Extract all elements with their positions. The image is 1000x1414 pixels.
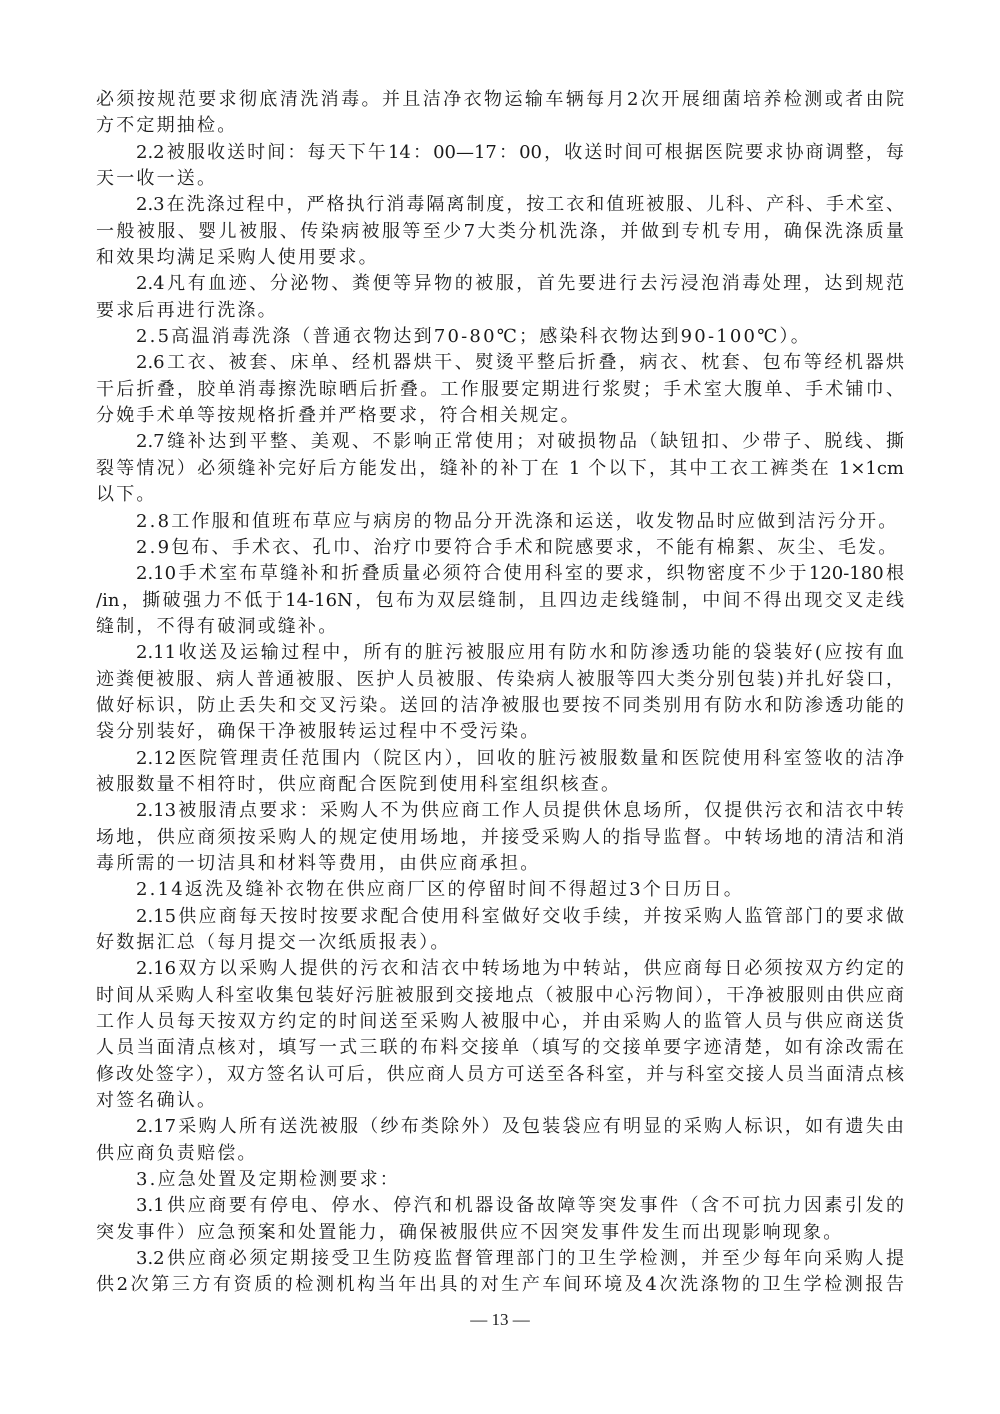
text-line: 必须按规范要求彻底清洗消毒。并且洁净衣物运输车辆每月2次开展细菌培养检测或者由院: [96, 87, 904, 113]
page-number: — 13 —: [0, 1310, 1000, 1330]
text-line: 迹粪便被服、病人普通被服、医护人员被服、传染病人被服等四大类分别包装)并扎好袋口…: [96, 667, 904, 693]
paragraph-start-line: 2.5高温消毒洗涤（普通衣物达到70-80℃；感染科衣物达到90-100℃）。: [96, 324, 904, 350]
text-line: 工作人员每天按双方约定的时间送至采购人被服中心，并由采购人的监管人员与供应商送货: [96, 1009, 904, 1035]
text-line: 裂等情况）必须缝补完好后方能发出，缝补的补丁在 1 个以下，其中工衣工裤类在 1…: [96, 456, 904, 482]
paragraph-start-line: 2.11收送及运输过程中，所有的脏污被服应用有防水和防渗透功能的袋装好(应按有血: [96, 640, 904, 666]
body-text: 必须按规范要求彻底清洗消毒。并且洁净衣物运输车辆每月2次开展细菌培养检测或者由院…: [96, 87, 904, 1299]
text-line: 修改处签字），双方签名认可后，供应商人员方可送至各科室，并与科室交接人员当面清点…: [96, 1062, 904, 1088]
text-line: 对签名确认。: [96, 1088, 904, 1114]
text-line: 袋分别装好，确保干净被服转运过程中不受污染。: [96, 719, 904, 745]
paragraph-start-line: 2.12医院管理责任范围内（院区内），回收的脏污被服数量和医院使用科室签收的洁净: [96, 746, 904, 772]
paragraph-start-line: 2.14返洗及缝补衣物在供应商厂区的停留时间不得超过3个日历日。: [96, 877, 904, 903]
paragraph-start-line: 2.6工衣、被套、床单、经机器烘干、熨烫平整后折叠，病衣、枕套、包布等经机器烘: [96, 350, 904, 376]
paragraph-start-line: 2.15供应商每天按时按要求配合使用科室做好交收手续，并按采购人监管部门的要求做: [96, 904, 904, 930]
text-line: 天一收一送。: [96, 166, 904, 192]
text-line: 做好标识，防止丢失和交叉污染。送回的洁净被服也要按不同类别用有防水和防渗透功能的: [96, 693, 904, 719]
paragraph-start-line: 2.16双方以采购人提供的污衣和洁衣中转场地为中转站，供应商每日必须按双方约定的: [96, 956, 904, 982]
text-line: 被服数量不相符时，供应商配合医院到使用科室组织核查。: [96, 772, 904, 798]
text-line: 好数据汇总（每月提交一次纸质报表）。: [96, 930, 904, 956]
paragraph-start-line: 2.3在洗涤过程中，严格执行消毒隔离制度，按工衣和值班被服、儿科、产科、手术室、: [96, 192, 904, 218]
paragraph-start-line: 2.7缝补达到平整、美观、不影响正常使用；对破损物品（缺钮扣、少带子、脱线、撕: [96, 429, 904, 455]
text-line: 和效果均满足采购人使用要求。: [96, 245, 904, 271]
paragraph-start-line: 2.17采购人所有送洗被服（纱布类除外）及包装袋应有明显的采购人标识，如有遗失由: [96, 1114, 904, 1140]
text-line: /in，撕破强力不低于14-16N，包布为双层缝制，且四边走线缝制，中间不得出现…: [96, 588, 904, 614]
text-line: 突发事件）应急预案和处置能力，确保被服供应不因突发事件发生而出现影响现象。: [96, 1220, 904, 1246]
text-line: 以下。: [96, 482, 904, 508]
text-line: 场地，供应商须按采购人的规定使用场地，并接受采购人的指导监督。中转场地的清洁和消: [96, 825, 904, 851]
text-line: 缝制，不得有破洞或缝补。: [96, 614, 904, 640]
text-line: 时间从采购人科室收集包装好污脏被服到交接地点（被服中心污物间），干净被服则由供应…: [96, 983, 904, 1009]
text-line: 分娩手术单等按规格折叠并严格要求，符合相关规定。: [96, 403, 904, 429]
paragraph-start-line: 2.4凡有血迹、分泌物、粪便等异物的被服，首先要进行去污浸泡消毒处理，达到规范: [96, 271, 904, 297]
text-line: 要求后再进行洗涤。: [96, 298, 904, 324]
paragraph-start-line: 2.13被服清点要求：采购人不为供应商工作人员提供休息场所，仅提供污衣和洁衣中转: [96, 798, 904, 824]
paragraph-start-line: 3.2供应商必须定期接受卫生防疫监督管理部门的卫生学检测，并至少每年向采购人提: [96, 1246, 904, 1272]
paragraph-start-line: 3.应急处置及定期检测要求：: [96, 1167, 904, 1193]
paragraph-start-line: 2.9包布、手术衣、孔巾、治疗巾要符合手术和院感要求，不能有棉絮、灰尘、毛发。: [96, 535, 904, 561]
text-line: 干后折叠，胶单消毒擦洗晾晒后折叠。工作服要定期进行浆熨；手术室大腹单、手术铺巾、: [96, 377, 904, 403]
text-line: 一般被服、婴儿被服、传染病被服等至少7大类分机洗涤，并做到专机专用，确保洗涤质量: [96, 219, 904, 245]
text-line: 方不定期抽检。: [96, 113, 904, 139]
text-line: 供应商负责赔偿。: [96, 1141, 904, 1167]
paragraph-start-line: 2.2被服收送时间：每天下午14：00—17：00，收送时间可根据医院要求协商调…: [96, 140, 904, 166]
paragraph-start-line: 3.1供应商要有停电、停水、停汽和机器设备故障等突发事件（含不可抗力因素引发的: [96, 1193, 904, 1219]
paragraph-start-line: 2.10手术室布草缝补和折叠质量必须符合使用科室的要求，织物密度不少于120-1…: [96, 561, 904, 587]
document-page: 必须按规范要求彻底清洗消毒。并且洁净衣物运输车辆每月2次开展细菌培养检测或者由院…: [0, 0, 1000, 1414]
text-line: 人员当面清点核对，填写一式三联的布料交接单（填写的交接单要字迹清楚，如有涂改需在: [96, 1035, 904, 1061]
text-line: 毒所需的一切洁具和材料等费用，由供应商承担。: [96, 851, 904, 877]
text-line: 供2次第三方有资质的检测机构当年出具的对生产车间环境及4次洗涤物的卫生学检测报告: [96, 1272, 904, 1298]
paragraph-start-line: 2.8工作服和值班布草应与病房的物品分开洗涤和运送，收发物品时应做到洁污分开。: [96, 509, 904, 535]
